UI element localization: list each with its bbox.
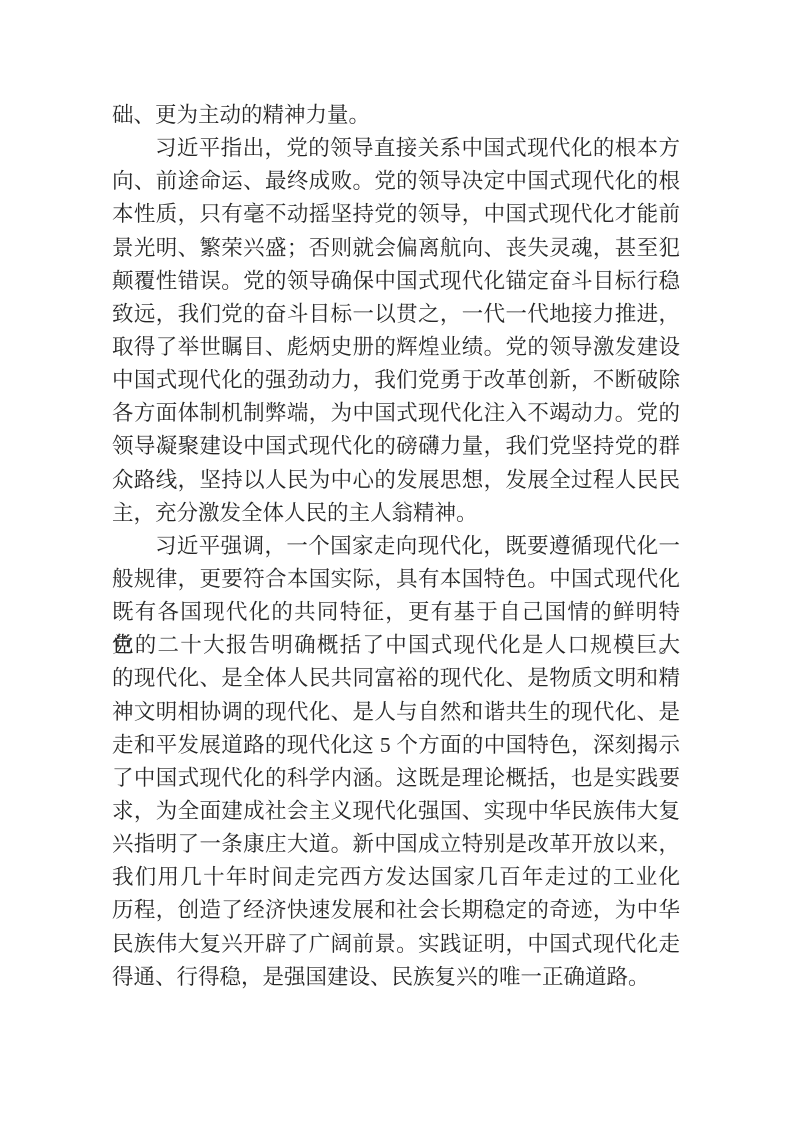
text-line: 众路线，坚持以人民为中心的发展思想，发展全过程人民民 xyxy=(112,464,680,497)
text-line: 得通、行得稳，是强国建设、民族复兴的唯一正确道路。 xyxy=(112,961,680,994)
text-line: 致远，我们党的奋斗目标一以贯之，一代一代地接力推进， xyxy=(112,298,680,331)
text-line: 神文明相协调的现代化、是人与自然和谐共生的现代化、是 xyxy=(112,696,680,729)
text-line: 的现代化、是全体人民共同富裕的现代化、是物质文明和精 xyxy=(112,662,680,695)
text-line: 中国式现代化的强劲动力，我们党勇于改革创新，不断破除 xyxy=(112,364,680,397)
text-line: 党的二十大报告明确概括了中国式现代化是人口规模巨大 xyxy=(112,629,680,662)
text-line: 了中国式现代化的科学内涵。这既是理论概括，也是实践要 xyxy=(112,762,680,795)
text-line: 历程，创造了经济快速发展和社会长期稳定的奇迹，为中华 xyxy=(112,894,680,927)
text-line: 领导凝聚建设中国式现代化的磅礴力量，我们党坚持党的群 xyxy=(112,430,680,463)
text-line: 各方面体制机制弊端，为中国式现代化注入不竭动力。党的 xyxy=(112,397,680,430)
text-line: 景光明、繁荣兴盛；否则就会偏离航向、丧失灵魂，甚至犯 xyxy=(112,232,680,265)
text-line: 民族伟大复兴开辟了广阔前景。实践证明，中国式现代化走 xyxy=(112,928,680,961)
text-line: 既有各国现代化的共同特征，更有基于自己国情的鲜明特色。 xyxy=(112,596,680,629)
text-line: 习近平指出，党的领导直接关系中国式现代化的根本方 xyxy=(112,132,680,165)
text-line: 我们用几十年时间走完西方发达国家几百年走过的工业化 xyxy=(112,861,680,894)
text-line: 兴指明了一条康庄大道。新中国成立特别是改革开放以来， xyxy=(112,828,680,861)
text-line: 颠覆性错误。党的领导确保中国式现代化锚定奋斗目标行稳 xyxy=(112,265,680,298)
text-line: 向、前途命运、最终成败。党的领导决定中国式现代化的根 xyxy=(112,165,680,198)
text-line: 般规律，更要符合本国实际，具有本国特色。中国式现代化 xyxy=(112,563,680,596)
text-line: 本性质，只有毫不动摇坚持党的领导，中国式现代化才能前 xyxy=(112,198,680,231)
page-text: 础、更为主动的精神力量。习近平指出，党的领导直接关系中国式现代化的根本方向、前途… xyxy=(112,99,680,994)
text-line: 走和平发展道路的现代化这 5 个方面的中国特色，深刻揭示 xyxy=(112,729,680,762)
text-line: 求，为全面建成社会主义现代化强国、实现中华民族伟大复 xyxy=(112,795,680,828)
document-page: 础、更为主动的精神力量。习近平指出，党的领导直接关系中国式现代化的根本方向、前途… xyxy=(0,0,793,1122)
text-line: 主，充分激发全体人民的主人翁精神。 xyxy=(112,497,680,530)
text-line: 取得了举世瞩目、彪炳史册的辉煌业绩。党的领导激发建设 xyxy=(112,331,680,364)
text-line: 础、更为主动的精神力量。 xyxy=(112,99,680,132)
text-line: 习近平强调，一个国家走向现代化，既要遵循现代化一 xyxy=(112,530,680,563)
